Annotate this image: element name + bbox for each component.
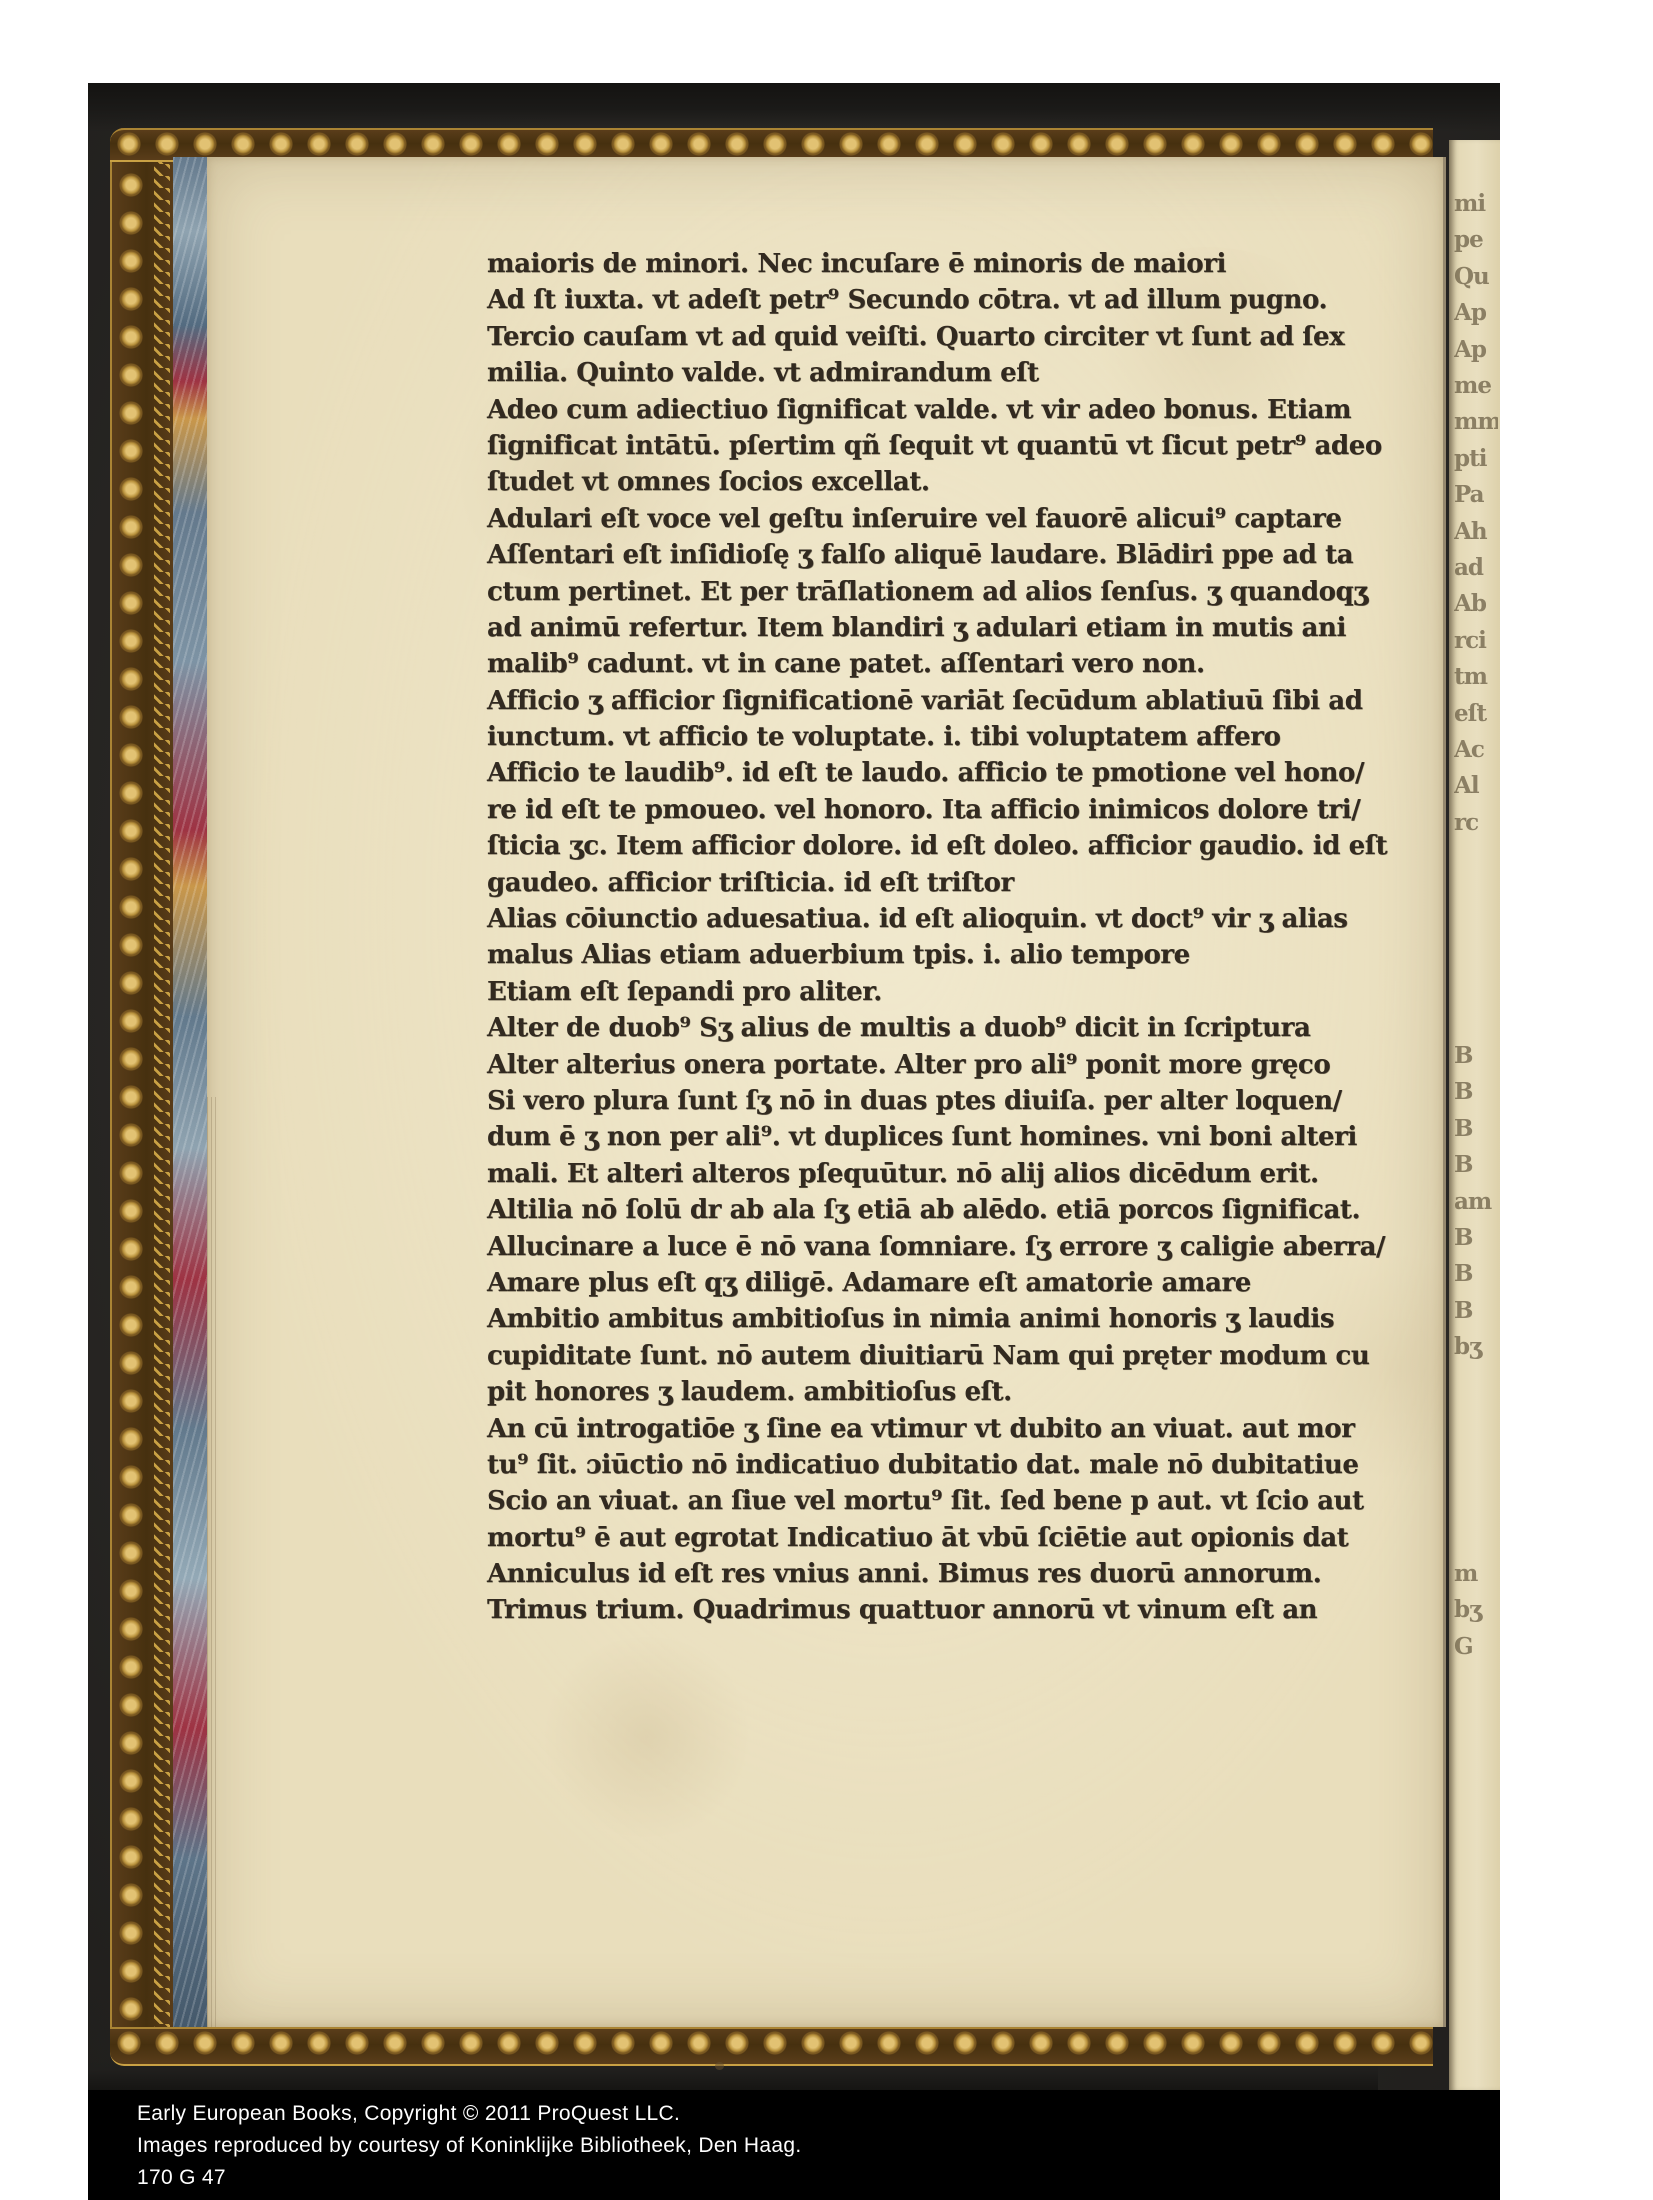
- text-line: Amare plus eſt qʒ diligē. Adamare eſt am…: [487, 1265, 1367, 1301]
- text-line: Adulari eſt voce vel geſtu inſeruire vel…: [487, 501, 1367, 537]
- text-line: ſticia ʒc. Item afficior dolore. id eſt …: [487, 828, 1367, 864]
- text-line: Alter alterius onera portate. Alter pro …: [487, 1047, 1367, 1083]
- text-line: An cū introgatiōe ʒ ſine ea vtimur vt du…: [487, 1411, 1367, 1447]
- edge-text-fragment: G: [1454, 1633, 1498, 1663]
- text-line: Anniculus id eſt res vnius anni. Bimus r…: [487, 1556, 1367, 1592]
- edge-text-fragment: B: [1454, 1224, 1498, 1254]
- text-line: ctum pertinet. Et per trāſlationem ad al…: [487, 574, 1367, 610]
- text-line: Adeo cum adiectiuo ſignificat valde. vt …: [487, 392, 1367, 428]
- text-line: Tercio cauſam vt ad quid veiſti. Quarto …: [487, 319, 1367, 355]
- text-line: ſtudet vt omnes ſocios excellat.: [487, 464, 1367, 500]
- edge-text-fragment: B: [1454, 1297, 1498, 1327]
- edge-text-fragment: Ah: [1454, 518, 1498, 548]
- gold-tooled-border-left: [110, 128, 177, 2062]
- paper-stain: [537, 1637, 757, 1837]
- binding-top-edge: [88, 83, 1500, 131]
- book-photo: maioris de minori. Nec incuſare ē minori…: [88, 83, 1500, 2090]
- text-line: Ad ſt iuxta. vt adeſt petr⁹ Secundo cōtr…: [487, 282, 1367, 318]
- text-line: dum ē ʒ non per ali⁹. vt duplices ſunt h…: [487, 1119, 1367, 1155]
- text-line: tu⁹ ſit. ɔiūctio nō indicatiuo dubitatio…: [487, 1447, 1367, 1483]
- text-line: milia. Quinto valde. vt admirandum eſt: [487, 355, 1367, 391]
- gold-tooled-border-bottom: [110, 2027, 1433, 2066]
- next-leaf-edge: mipeQuApApmemmptiPaAhadAbrcitmeſtAcAlrcB…: [1449, 140, 1500, 2090]
- edge-text-fragment: B: [1454, 1078, 1498, 1108]
- edge-text-fragment: Al: [1454, 772, 1498, 802]
- edge-text-fragment: pti: [1454, 445, 1498, 475]
- text-line: Etiam eſt ſepandi pro aliter.: [487, 974, 1367, 1010]
- text-line: ad animū refertur. Item blandiri ʒ adula…: [487, 610, 1367, 646]
- text-line: cupiditate ſunt. nō autem diuitiarū Nam …: [487, 1338, 1367, 1374]
- edge-text-fragment: B: [1454, 1260, 1498, 1290]
- text-line: ſignificat intātū. pſertim qñ ſequit vt …: [487, 428, 1367, 464]
- text-line: Scio an viuat. an ſiue vel mortu⁹ ſit. ſ…: [487, 1483, 1367, 1519]
- edge-text-fragment: am: [1454, 1188, 1498, 1218]
- blackletter-text-block: maioris de minori. Nec incuſare ē minori…: [487, 246, 1367, 1629]
- text-line: malib⁹ cadunt. vt in cane patet. aſſenta…: [487, 646, 1367, 682]
- text-line: malus Alias etiam aduerbium tpis. i. ali…: [487, 937, 1367, 973]
- edge-text-fragment: rci: [1454, 627, 1498, 657]
- edge-text-fragment: Pa: [1454, 481, 1498, 511]
- text-line: mali. Et alteri alteros pſequūtur. nō al…: [487, 1156, 1367, 1192]
- text-line: gaudeo. afficior triſticia. id eſt triſt…: [487, 865, 1367, 901]
- edge-text-fragment: tm: [1454, 663, 1498, 693]
- text-line: Ambitio ambitus ambitioſus in nimia anim…: [487, 1301, 1367, 1337]
- text-line: maioris de minori. Nec incuſare ē minori…: [487, 246, 1367, 282]
- scan-viewer-page: maioris de minori. Nec incuſare ē minori…: [0, 0, 1653, 2200]
- edge-text-fragment: mm: [1454, 408, 1498, 438]
- text-line: Aſſentari eſt inſidioſę ʒ falſo aliquē l…: [487, 537, 1367, 573]
- edge-text-fragment: rc: [1454, 809, 1498, 839]
- footer-shelfmark: 170 G 47: [137, 2166, 226, 2190]
- text-line: Alter de duob⁹ Sʒ alius de multis a duob…: [487, 1010, 1367, 1046]
- edge-text-fragment: B: [1454, 1115, 1498, 1145]
- edge-text-fragment: me: [1454, 372, 1498, 402]
- footer-courtesy: Images reproduced by courtesy of Koninkl…: [137, 2134, 801, 2158]
- text-line: Afficio te laudib⁹. id eſt te laudo. aff…: [487, 755, 1367, 791]
- edge-text-fragment: eſt: [1454, 700, 1498, 730]
- edge-text-fragment: B: [1454, 1042, 1498, 1072]
- text-line: iunctum. vt afficio te voluptate. i. tib…: [487, 719, 1367, 755]
- marbled-paper-strip: [173, 157, 207, 2027]
- edge-text-fragment: pe: [1454, 226, 1498, 256]
- stacked-page-edges: [207, 1097, 217, 2027]
- edge-text-fragment: ad: [1454, 554, 1498, 584]
- edge-text-fragment: Ap: [1454, 336, 1498, 366]
- text-line: Afficio ʒ afficior ſignificationē variāt…: [487, 683, 1367, 719]
- edge-text-fragment: Ac: [1454, 736, 1498, 766]
- text-line: Alias cōiunctio aduesatiua. id eſt alioq…: [487, 901, 1367, 937]
- footer-copyright: Early European Books, Copyright © 2011 P…: [137, 2102, 680, 2126]
- text-line: Altilia nō ſolū dr ab ala ſʒ etiā ab alē…: [487, 1192, 1367, 1228]
- text-line: Trimus trium. Quadrimus quattuor annorū …: [487, 1592, 1367, 1628]
- edge-text-fragment: bʒ: [1454, 1596, 1498, 1626]
- text-line: re id eſt te pmoueo. vel honoro. Ita aff…: [487, 792, 1367, 828]
- paper-speck: [715, 2062, 724, 2070]
- edge-text-fragment: Qu: [1454, 263, 1498, 293]
- text-line: mortu⁹ ē aut egrotat Indicatiuo āt vbū ſ…: [487, 1520, 1367, 1556]
- text-line: Si vero plura ſunt ſʒ nō in duas ptes di…: [487, 1083, 1367, 1119]
- edge-text-fragment: B: [1454, 1151, 1498, 1181]
- edge-text-fragment: Ap: [1454, 299, 1498, 329]
- edge-text-fragment: m: [1454, 1560, 1498, 1590]
- edge-text-fragment: mi: [1454, 190, 1498, 220]
- manuscript-page: maioris de minori. Nec incuſare ē minori…: [207, 157, 1446, 2027]
- text-line: Allucinare a luce ē nō vana ſomniare. ſʒ…: [487, 1229, 1367, 1265]
- edge-text-fragment: bʒ: [1454, 1333, 1498, 1363]
- edge-text-fragment: Ab: [1454, 590, 1498, 620]
- proquest-footer-band: Early European Books, Copyright © 2011 P…: [88, 2090, 1500, 2200]
- text-line: pit honores ʒ laudem. ambitioſus eſt.: [487, 1374, 1367, 1410]
